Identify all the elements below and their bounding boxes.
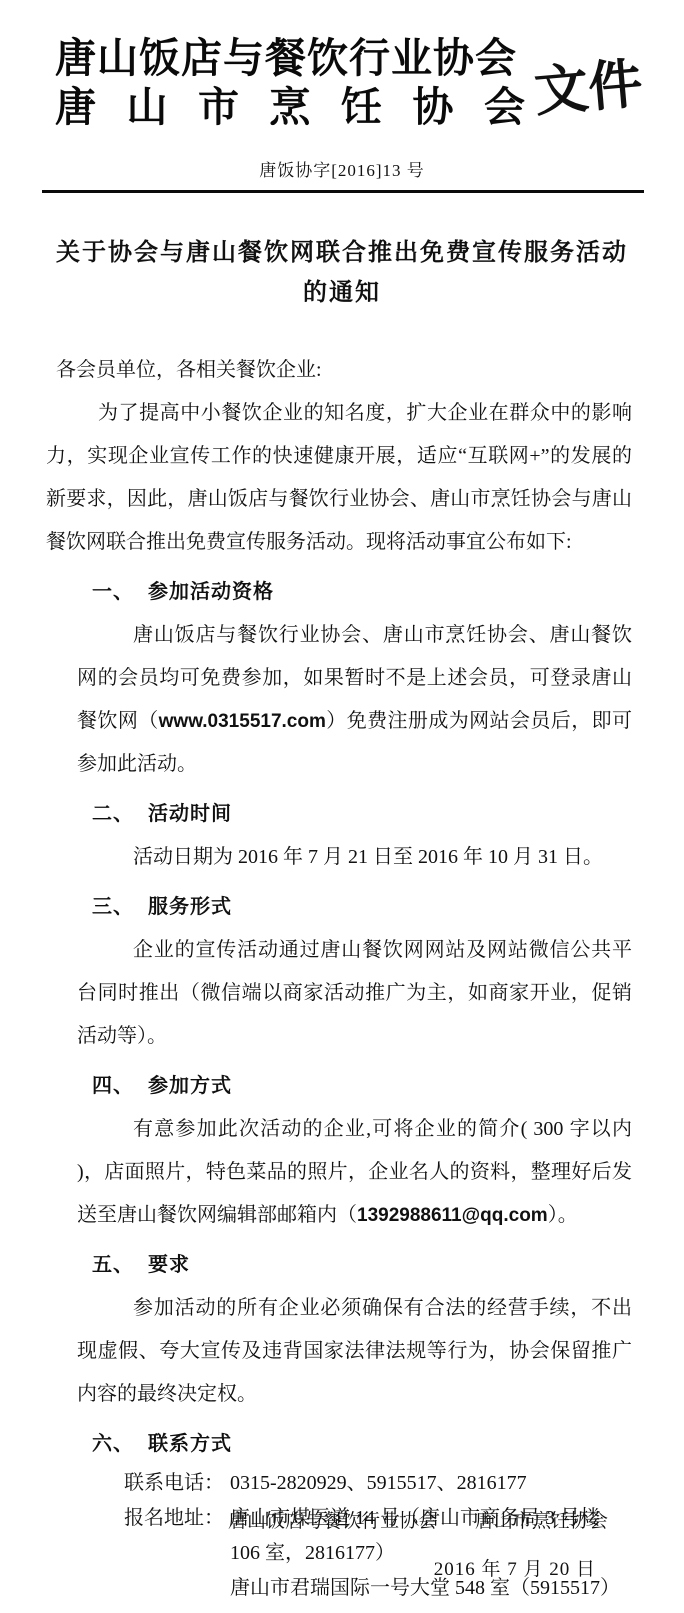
document-body: 各会员单位，各相关餐饮企业: 为了提高中小餐饮企业的知名度，扩大企业在群众中的影…: [0, 349, 684, 1606]
website-url: www.0315517.com: [159, 711, 326, 732]
section-6-heading: 六、 联系方式: [46, 1423, 632, 1466]
header-divider: [42, 190, 644, 193]
section-2-body: 活动日期为 2016 年 7 月 21 日至 2016 年 10 月 31 日。: [77, 836, 632, 879]
section-1-heading: 一、 参加活动资格: [46, 571, 632, 614]
section-1-body: 唐山饭店与餐饮行业协会、唐山市烹饪协会、唐山餐饮网的会员均可免费参加，如果暂时不…: [77, 614, 632, 786]
contact-email: 1392988611@qq.com: [357, 1205, 548, 1226]
section-5-body: 参加活动的所有企业必须确保有合法的经营手续，不出现虚假、夸大宣传及违背国家法律法…: [77, 1287, 632, 1416]
document-type-label: 文件: [531, 40, 651, 127]
intro-paragraph: 为了提高中小餐饮企业的知名度，扩大企业在群众中的影响力，实现企业宣传工作的快速健…: [46, 392, 632, 564]
section-3-heading: 三、 服务形式: [46, 886, 632, 929]
organization-names: 唐山饭店与餐饮行业协会 唐山市烹饪协会: [55, 34, 525, 132]
section-5-heading: 五、 要求: [46, 1244, 632, 1287]
document-title: 关于协会与唐山餐饮网联合推出免费宣传服务活动的通知: [48, 233, 636, 313]
letterhead: 唐山饭店与餐饮行业协会 唐山市烹饪协会 文件: [0, 0, 684, 132]
salutation: 各会员单位，各相关餐饮企业:: [46, 349, 632, 392]
phone-label: 联系电话：: [124, 1466, 230, 1501]
section-4-heading: 四、 参加方式: [46, 1065, 632, 1108]
signature-org-1: 唐山饭店与餐饮行业协会: [228, 1511, 437, 1532]
document-footer: 唐山饭店与餐饮行业协会唐山市烹饪协会 2016 年 7 月 20 日: [0, 1507, 684, 1613]
signature-date: 2016 年 7 月 20 日: [0, 1555, 608, 1585]
document-number: 唐饭协字[2016]13 号: [0, 156, 684, 181]
section-2-heading: 二、 活动时间: [46, 793, 632, 836]
phone-numbers: 0315-2820929、5915517、2816177: [230, 1466, 632, 1501]
signature-orgs: 唐山饭店与餐饮行业协会唐山市烹饪协会: [0, 1507, 608, 1537]
section-4-text-post: ）。: [548, 1204, 578, 1226]
signature-org-2: 唐山市烹饪协会: [475, 1511, 608, 1532]
section-3-body: 企业的宣传活动通过唐山餐饮网网站及网站微信公共平台同时推出（微信端以商家活动推广…: [77, 929, 632, 1058]
section-4-body: 有意参加此次活动的企业,可将企业的简介( 300 字以内 )，店面照片，特色菜品…: [77, 1108, 632, 1237]
org-name-line2: 唐山市烹饪协会: [55, 82, 525, 132]
document-page: 唐山饭店与餐饮行业协会 唐山市烹饪协会 文件 唐饭协字[2016]13 号 关于…: [0, 0, 684, 1613]
contact-phone-row: 联系电话： 0315-2820929、5915517、2816177: [124, 1466, 632, 1501]
org-name-line1: 唐山饭店与餐饮行业协会: [55, 34, 525, 82]
